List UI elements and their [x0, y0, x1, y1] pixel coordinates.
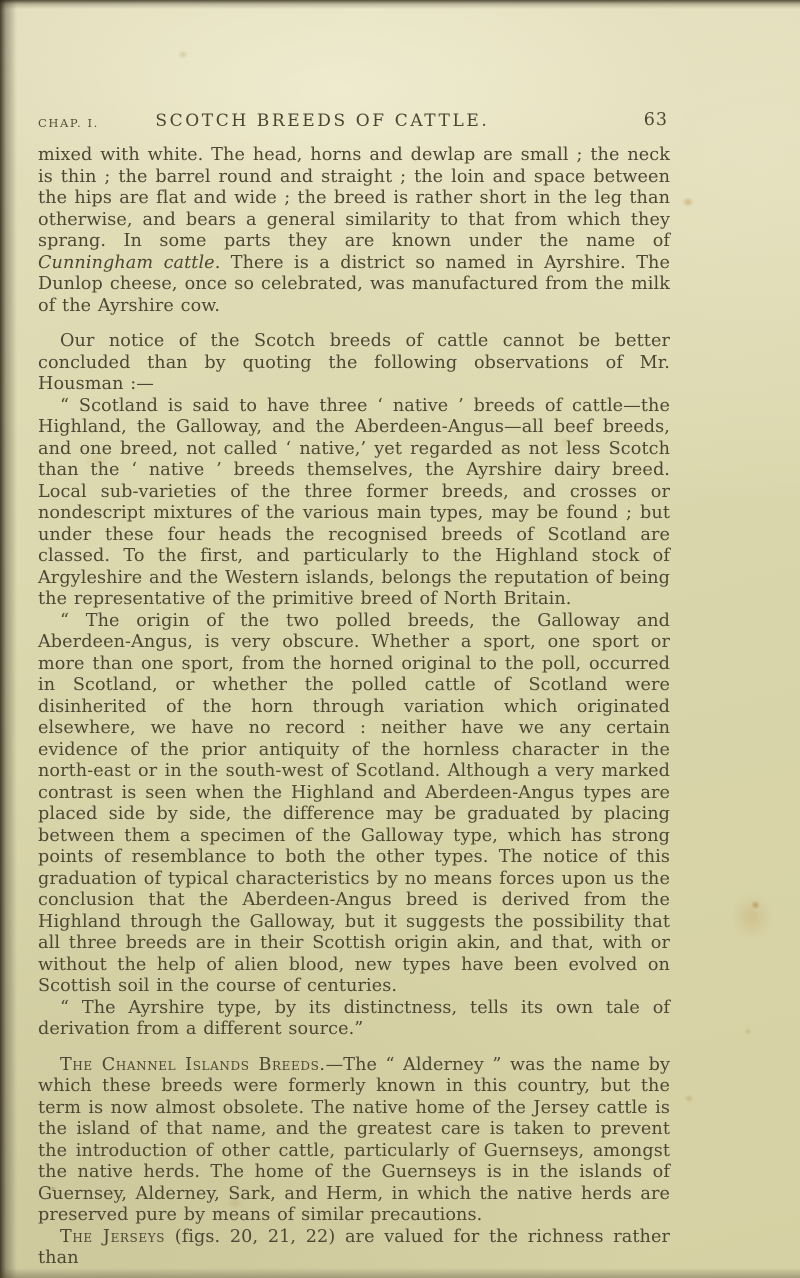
paper-stain: [744, 1028, 752, 1035]
text-segment: “ Scotland is said to have three ‘ nativ…: [38, 396, 670, 610]
book-page-scan: CHAP. I. SCOTCH BREEDS OF CATTLE. 63 mix…: [0, 0, 800, 1278]
scan-edge-left: [0, 0, 17, 1278]
italic-cunningham-cattle: Cunningham cattle: [38, 253, 215, 273]
text-segment: “ The origin of the two polled breeds, t…: [38, 611, 670, 997]
text-segment: “ The Ayrshire type, by its distinctness…: [38, 998, 670, 1040]
text-segment: —The “ Alderney ” was the name by which …: [38, 1055, 670, 1226]
text-segment: mixed with white. The head, horns and de…: [38, 145, 670, 251]
chapter-label: CHAP. I.: [38, 116, 99, 130]
page-number: 63: [644, 110, 668, 130]
quote-paragraph-polled-origin: “ The origin of the two polled breeds, t…: [38, 611, 670, 998]
smallcaps-channel-islands-heading: The Channel Islands Breeds.: [60, 1055, 326, 1075]
quote-paragraph-scotland-breeds: “ Scotland is said to have three ‘ nativ…: [38, 396, 670, 611]
paper-stain: [684, 1094, 694, 1103]
paper-stain: [682, 197, 694, 207]
paragraph-jerseys: The Jerseys (figs. 20, 21, 22) are value…: [38, 1227, 670, 1270]
paper-stain: [730, 893, 774, 941]
paragraph-channel-islands-breeds: The Channel Islands Breeds.—The “ Aldern…: [38, 1055, 670, 1227]
page-content-column: CHAP. I. SCOTCH BREEDS OF CATTLE. 63 mix…: [38, 0, 670, 1278]
paragraph-our-notice: Our notice of the Scotch breeds of cattl…: [38, 331, 670, 396]
paragraph-ayrshire-continuation: mixed with white. The head, horns and de…: [38, 145, 670, 317]
quote-paragraph-ayrshire-type: “ The Ayrshire type, by its distinctness…: [38, 998, 670, 1041]
paper-stain: [751, 901, 760, 909]
running-title: SCOTCH BREEDS OF CATTLE.: [155, 111, 489, 131]
body-text: mixed with white. The head, horns and de…: [38, 145, 670, 1270]
text-segment: Our notice of the Scotch breeds of cattl…: [38, 331, 670, 394]
smallcaps-jerseys-heading: The Jerseys: [60, 1227, 165, 1247]
